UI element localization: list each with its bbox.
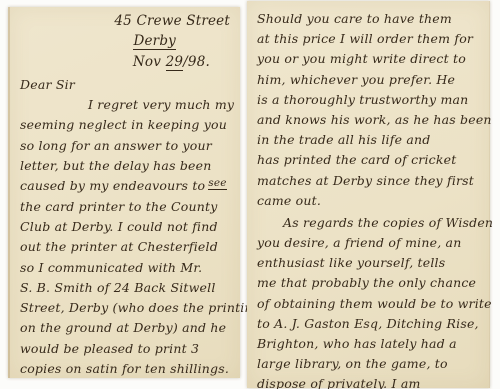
letter-line: has printed the card of cricket [257, 150, 477, 170]
letter-line: dispose of privately. I am [257, 374, 477, 389]
letter-line: so I communicated with Mr. [20, 258, 232, 278]
letter-line: in the trade all his life and [257, 130, 477, 150]
letter-line: me that probably the only chance [257, 273, 477, 293]
letter-line: Should you care to have them [257, 9, 477, 29]
sender-city-text: Derby [133, 33, 176, 50]
date-year: /98. [183, 54, 210, 70]
salutation: Dear Sir [20, 75, 232, 95]
letter-line: him, whichever you prefer. He [257, 70, 477, 90]
letter-line: letter, but the delay has been [20, 156, 232, 176]
letter-line: at this price I will order them for [257, 29, 477, 49]
letter-scan: 45 Crewe Street Derby Nov 29/98. Dear Si… [0, 0, 500, 389]
letter-line: matches at Derby since they first [257, 171, 477, 191]
letter-date: Nov 29/98. [20, 52, 232, 72]
letter-line: seeming neglect in keeping you [20, 115, 232, 135]
letter-line: would be pleased to print 3 [20, 339, 232, 359]
letter-line: Street, Derby (who does the printing [20, 298, 232, 318]
letter-line: to A. J. Gaston Esq, Ditching Rise, [257, 314, 477, 334]
inserted-word: see [208, 177, 226, 190]
letter-line: came out. [257, 191, 477, 211]
sender-city: Derby [20, 31, 232, 51]
letter-line: As regards the copies of Wisden [257, 213, 477, 233]
date-month: Nov [133, 54, 166, 70]
letter-line: of obtaining them would be to write [257, 294, 477, 314]
letter-line: and knows his work, as he has been [257, 110, 477, 130]
letter-line: enthusiast like yourself, tells [257, 253, 477, 273]
letter-line: so long for an answer to your [20, 136, 232, 156]
letter-line: on the ground at Derby) and he [20, 318, 232, 338]
letter-line: the card printer to the County [20, 197, 232, 217]
sender-address: 45 Crewe Street [20, 11, 232, 31]
letter-line: you desire, a friend of mine, an [257, 233, 477, 253]
right-page: Should you care to have them at this pri… [247, 1, 490, 388]
letter-line-text: caused by my endeavours to [20, 178, 205, 193]
letter-line: out the printer at Chesterfield [20, 237, 232, 257]
letter-line: S. B. Smith of 24 Back Sitwell [20, 278, 232, 298]
letter-line: is a thoroughly trustworthy man [257, 90, 477, 110]
letter-line: caused by my endeavours tosee [20, 176, 232, 196]
left-page: 45 Crewe Street Derby Nov 29/98. Dear Si… [8, 7, 240, 378]
letter-line: I regret very much my [20, 95, 232, 115]
letter-line: large library, on the game, to [257, 354, 477, 374]
letter-line: copies on satin for ten shillings. [20, 359, 232, 379]
date-day: 29 [166, 54, 184, 71]
letter-line: you or you might write direct to [257, 49, 477, 69]
letter-line: Club at Derby. I could not find [20, 217, 232, 237]
letter-line: Brighton, who has lately had a [257, 334, 477, 354]
